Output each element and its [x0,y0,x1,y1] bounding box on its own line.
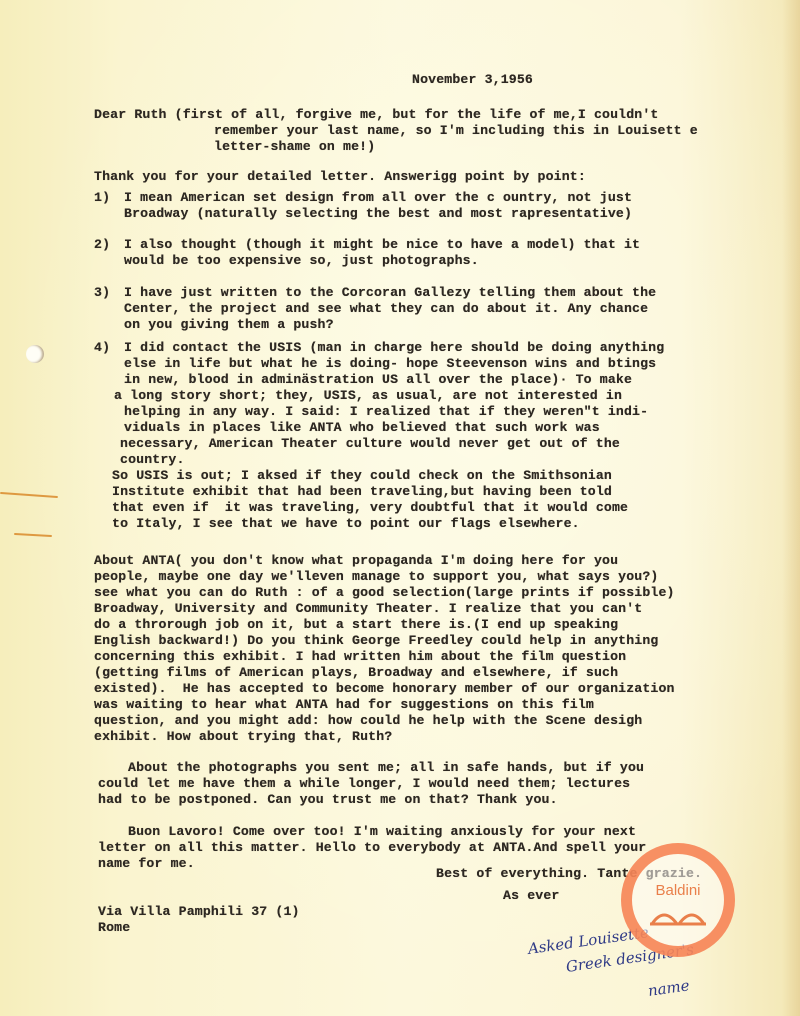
point-number: 4) [94,340,110,356]
point-line: viduals in places like ANTA who believed… [124,420,600,436]
salutation-line: Dear Ruth (first of all, forgive me, but… [94,107,658,123]
anta-paragraph-line: see what you can do Ruth : of a good sel… [94,585,675,601]
salutation-line: letter-shame on me!) [214,139,375,155]
anta-paragraph-line: existed). He has accepted to become hono… [94,681,675,697]
point-line: would be too expensive so, just photogra… [124,253,479,269]
photographs-paragraph-line: could let me have them a while longer, I… [98,776,630,792]
bridge-logo-icon [650,904,706,926]
point-line: necessary, American Theater culture woul… [120,436,620,452]
point-line: in new, blood in adminästration US all o… [124,372,632,388]
anta-paragraph-line: do a throrough job on it, but a start th… [94,617,618,633]
point-line: else in life but what he is doing- hope … [124,356,656,372]
address-line: Via Villa Pamphili 37 (1) [98,904,300,920]
point-number: 2) [94,237,110,253]
paper-edge-shadow [782,0,800,1016]
photographs-paragraph-line: About the photographs you sent me; all i… [128,760,644,776]
anta-paragraph-line: About ANTA( you don't know what propagan… [94,553,618,569]
anta-paragraph-line: English backward!) Do you think George F… [94,633,658,649]
anta-paragraph-line: was waiting to hear what ANTA had for su… [94,697,594,713]
photographs-paragraph-line: had to be postponed. Can you trust me on… [98,792,558,808]
point-line: country. [120,452,185,468]
intro-line: Thank you for your detailed letter. Answ… [94,169,586,185]
anta-paragraph-line: exhibit. How about trying that, Ruth? [94,729,392,745]
closing-paragraph-line: letter on all this matter. Hello to ever… [98,840,646,856]
point-line: a long story short; they, USIS, as usual… [114,388,622,404]
point-line: So USIS is out; I aksed if they could ch… [112,468,612,484]
punch-hole [26,345,44,363]
anta-paragraph-line: Broadway, University and Community Theat… [94,601,642,617]
point-number: 1) [94,190,110,206]
point-line: Center, the project and see what they ca… [124,301,648,317]
closing-paragraph-line: Buon Lavoro! Come over too! I'm waiting … [128,824,636,840]
point-line: that even if it was traveling, very doub… [112,500,628,516]
anta-paragraph-line: (getting films of American plays, Broadw… [94,665,618,681]
paper-edge-mark [0,492,58,498]
address-line: Rome [98,920,130,936]
as-ever: As ever [503,888,559,904]
point-number: 3) [94,285,110,301]
archive-stamp: Baldini [621,843,735,957]
point-line: Broadway (naturally selecting the best a… [124,206,632,222]
closing-paragraph-line: name for me. [98,856,195,872]
point-line: Institute exhibit that had been travelin… [112,484,612,500]
point-line: I mean American set design from all over… [124,190,632,206]
point-line: I also thought (though it might be nice … [124,237,640,253]
letter-date: November 3,1956 [412,72,533,88]
handwritten-note-line: name [647,976,691,1000]
point-line: helping in any way. I said: I realized t… [124,404,648,420]
anta-paragraph-line: concerning this exhibit. I had written h… [94,649,626,665]
point-line: to Italy, I see that we have to point ou… [112,516,580,532]
stamp-label: Baldini [632,882,724,899]
anta-paragraph-line: question, and you might add: how could h… [94,713,642,729]
point-line: I did contact the USIS (man in charge he… [124,340,664,356]
salutation-line: remember your last name, so I'm includin… [214,123,698,139]
point-line: on you giving them a push? [124,317,334,333]
anta-paragraph-line: people, maybe one day we'lleven manage t… [94,569,658,585]
paper-edge-mark [14,533,52,537]
point-line: I have just written to the Corcoran Gall… [124,285,656,301]
